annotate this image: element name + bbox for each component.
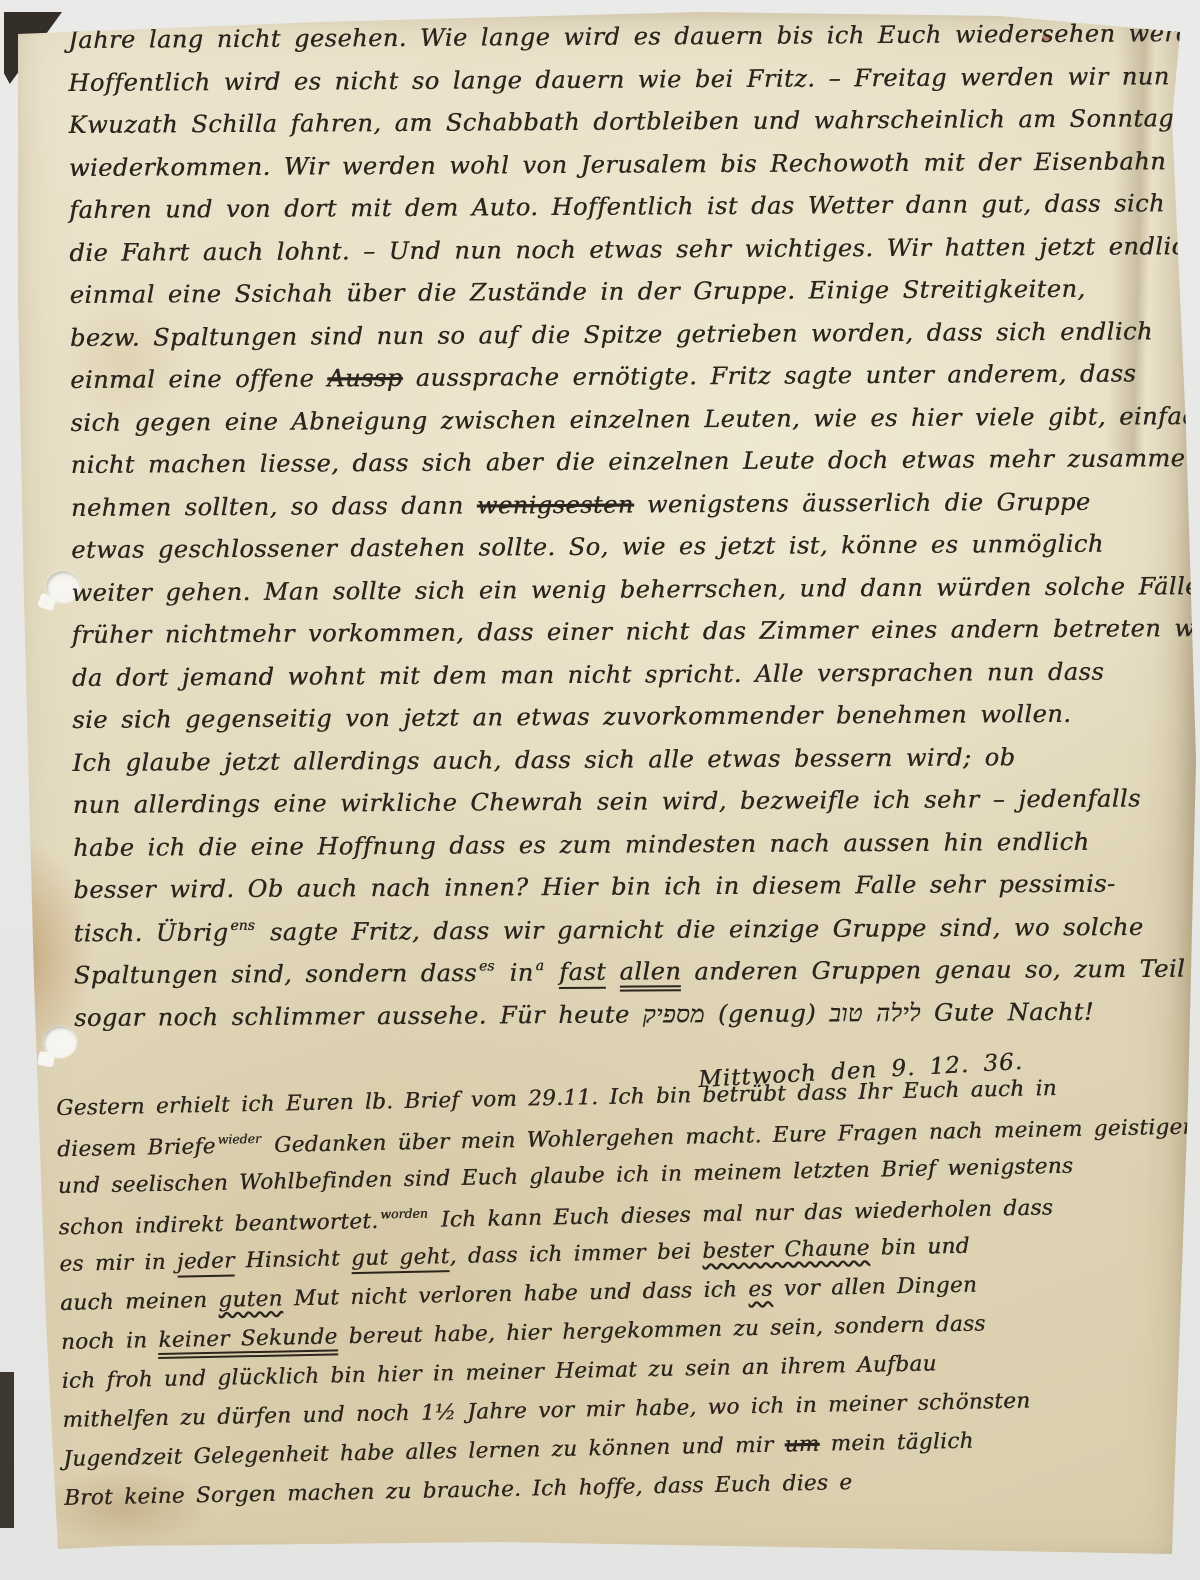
letter-line: sogar noch schlimmer aussehe. Für heute … [74, 997, 1192, 1046]
letter-line: da dort jemand wohnt mit dem man nicht s… [72, 657, 1190, 706]
paragraph-two: Gestern erhielt ich Euren lb. Brief vom … [56, 1073, 1189, 1524]
letter-line: nun allerdings eine wirkliche Chewrah se… [73, 784, 1191, 833]
paper-sheet: Jahre lang nicht gesehen. Wie lange wird… [0, 0, 1200, 1580]
letter-line: einmal eine Ssichah über die Zustände in… [70, 274, 1188, 323]
letter-line: sie sich gegenseitig von jetzt an etwas … [72, 699, 1190, 748]
letter-line: Spaltungen sind, sondern dasses ina fast… [74, 954, 1192, 1003]
scanned-letter-page: Jahre lang nicht gesehen. Wie lange wird… [0, 0, 1200, 1580]
letter-line: nicht machen liesse, dass sich aber die … [71, 444, 1189, 493]
letter-line: die Fahrt auch lohnt. – Und nun noch etw… [69, 232, 1187, 281]
letter-line: besser wird. Ob auch nach innen? Hier bi… [73, 869, 1191, 918]
letter-line: weiter gehen. Man sollte sich ein wenig … [71, 572, 1189, 621]
letter-line: früher nichtmehr vorkommen, dass einer n… [72, 614, 1190, 663]
letter-line: Jahre lang nicht gesehen. Wie lange wird… [68, 19, 1186, 68]
letter-line: habe ich die eine Hoffnung dass es zum m… [73, 827, 1191, 876]
letter-line: wiederkommen. Wir werden wohl von Jerusa… [69, 147, 1187, 196]
letter-line: bezw. Spaltungen sind nun so auf die Spi… [70, 317, 1188, 366]
letter-line: Ich glaube jetzt allerdings auch, dass s… [72, 742, 1190, 791]
letter-line: Kwuzath Schilla fahren, am Schabbath dor… [69, 104, 1187, 153]
paragraph-one: Jahre lang nicht gesehen. Wie lange wird… [68, 19, 1192, 1046]
letter-line: nehmen sollten, so dass dann wenigsesten… [71, 487, 1189, 536]
letter-line: etwas geschlossener dastehen sollte. So,… [71, 529, 1189, 578]
letter-line: tisch. Übrigens sagte Fritz, dass wir ga… [73, 912, 1191, 961]
margin-pencil-mark [14, 1197, 33, 1224]
letter-line: einmal eine offene Aussp aussprache ernö… [70, 359, 1188, 408]
letter-line: sich gegen eine Abneigung zwischen einze… [70, 402, 1188, 451]
letter-line: fahren und von dort mit dem Auto. Hoffen… [69, 189, 1187, 238]
left-edge-shadow [0, 1372, 14, 1528]
letter-line: Hoffentlich wird es nicht so lange dauer… [68, 62, 1186, 111]
